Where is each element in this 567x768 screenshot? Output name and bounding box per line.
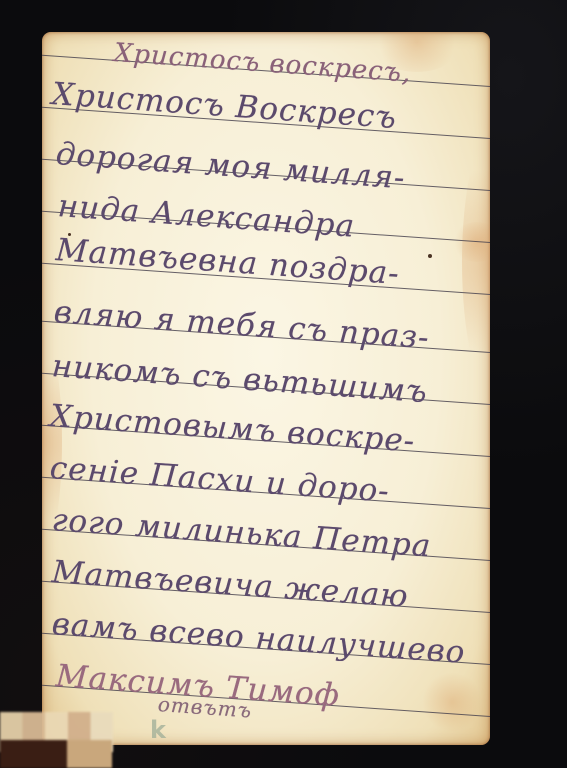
paper-stain <box>422 672 482 732</box>
foxing-spot <box>428 254 432 258</box>
handwritten-line: Христовымъ воскре- <box>49 398 417 459</box>
handwritten-line: Христосъ Воскресъ <box>51 76 398 136</box>
handwritten-line: Матвъевича желаю <box>51 554 410 615</box>
watermark-letter: k <box>150 716 166 744</box>
handwritten-line: вляю я тебя съ праз- <box>53 294 431 356</box>
blurred-watermark-shadow <box>0 740 112 768</box>
greeting-header: Христосъ воскресъ, <box>113 38 412 89</box>
postcard: Христосъ воскресъ, Христосъ Воскресъ дор… <box>42 32 490 745</box>
handwritten-line: гого милинька Петра <box>51 502 433 564</box>
paper-stain <box>462 132 490 392</box>
handwritten-line: сенiе Пасхи и доро- <box>49 450 391 510</box>
handwritten-line: дорогая моя милля- <box>55 136 407 196</box>
handwritten-line: никомъ съ вьтьшимъ <box>51 348 429 410</box>
